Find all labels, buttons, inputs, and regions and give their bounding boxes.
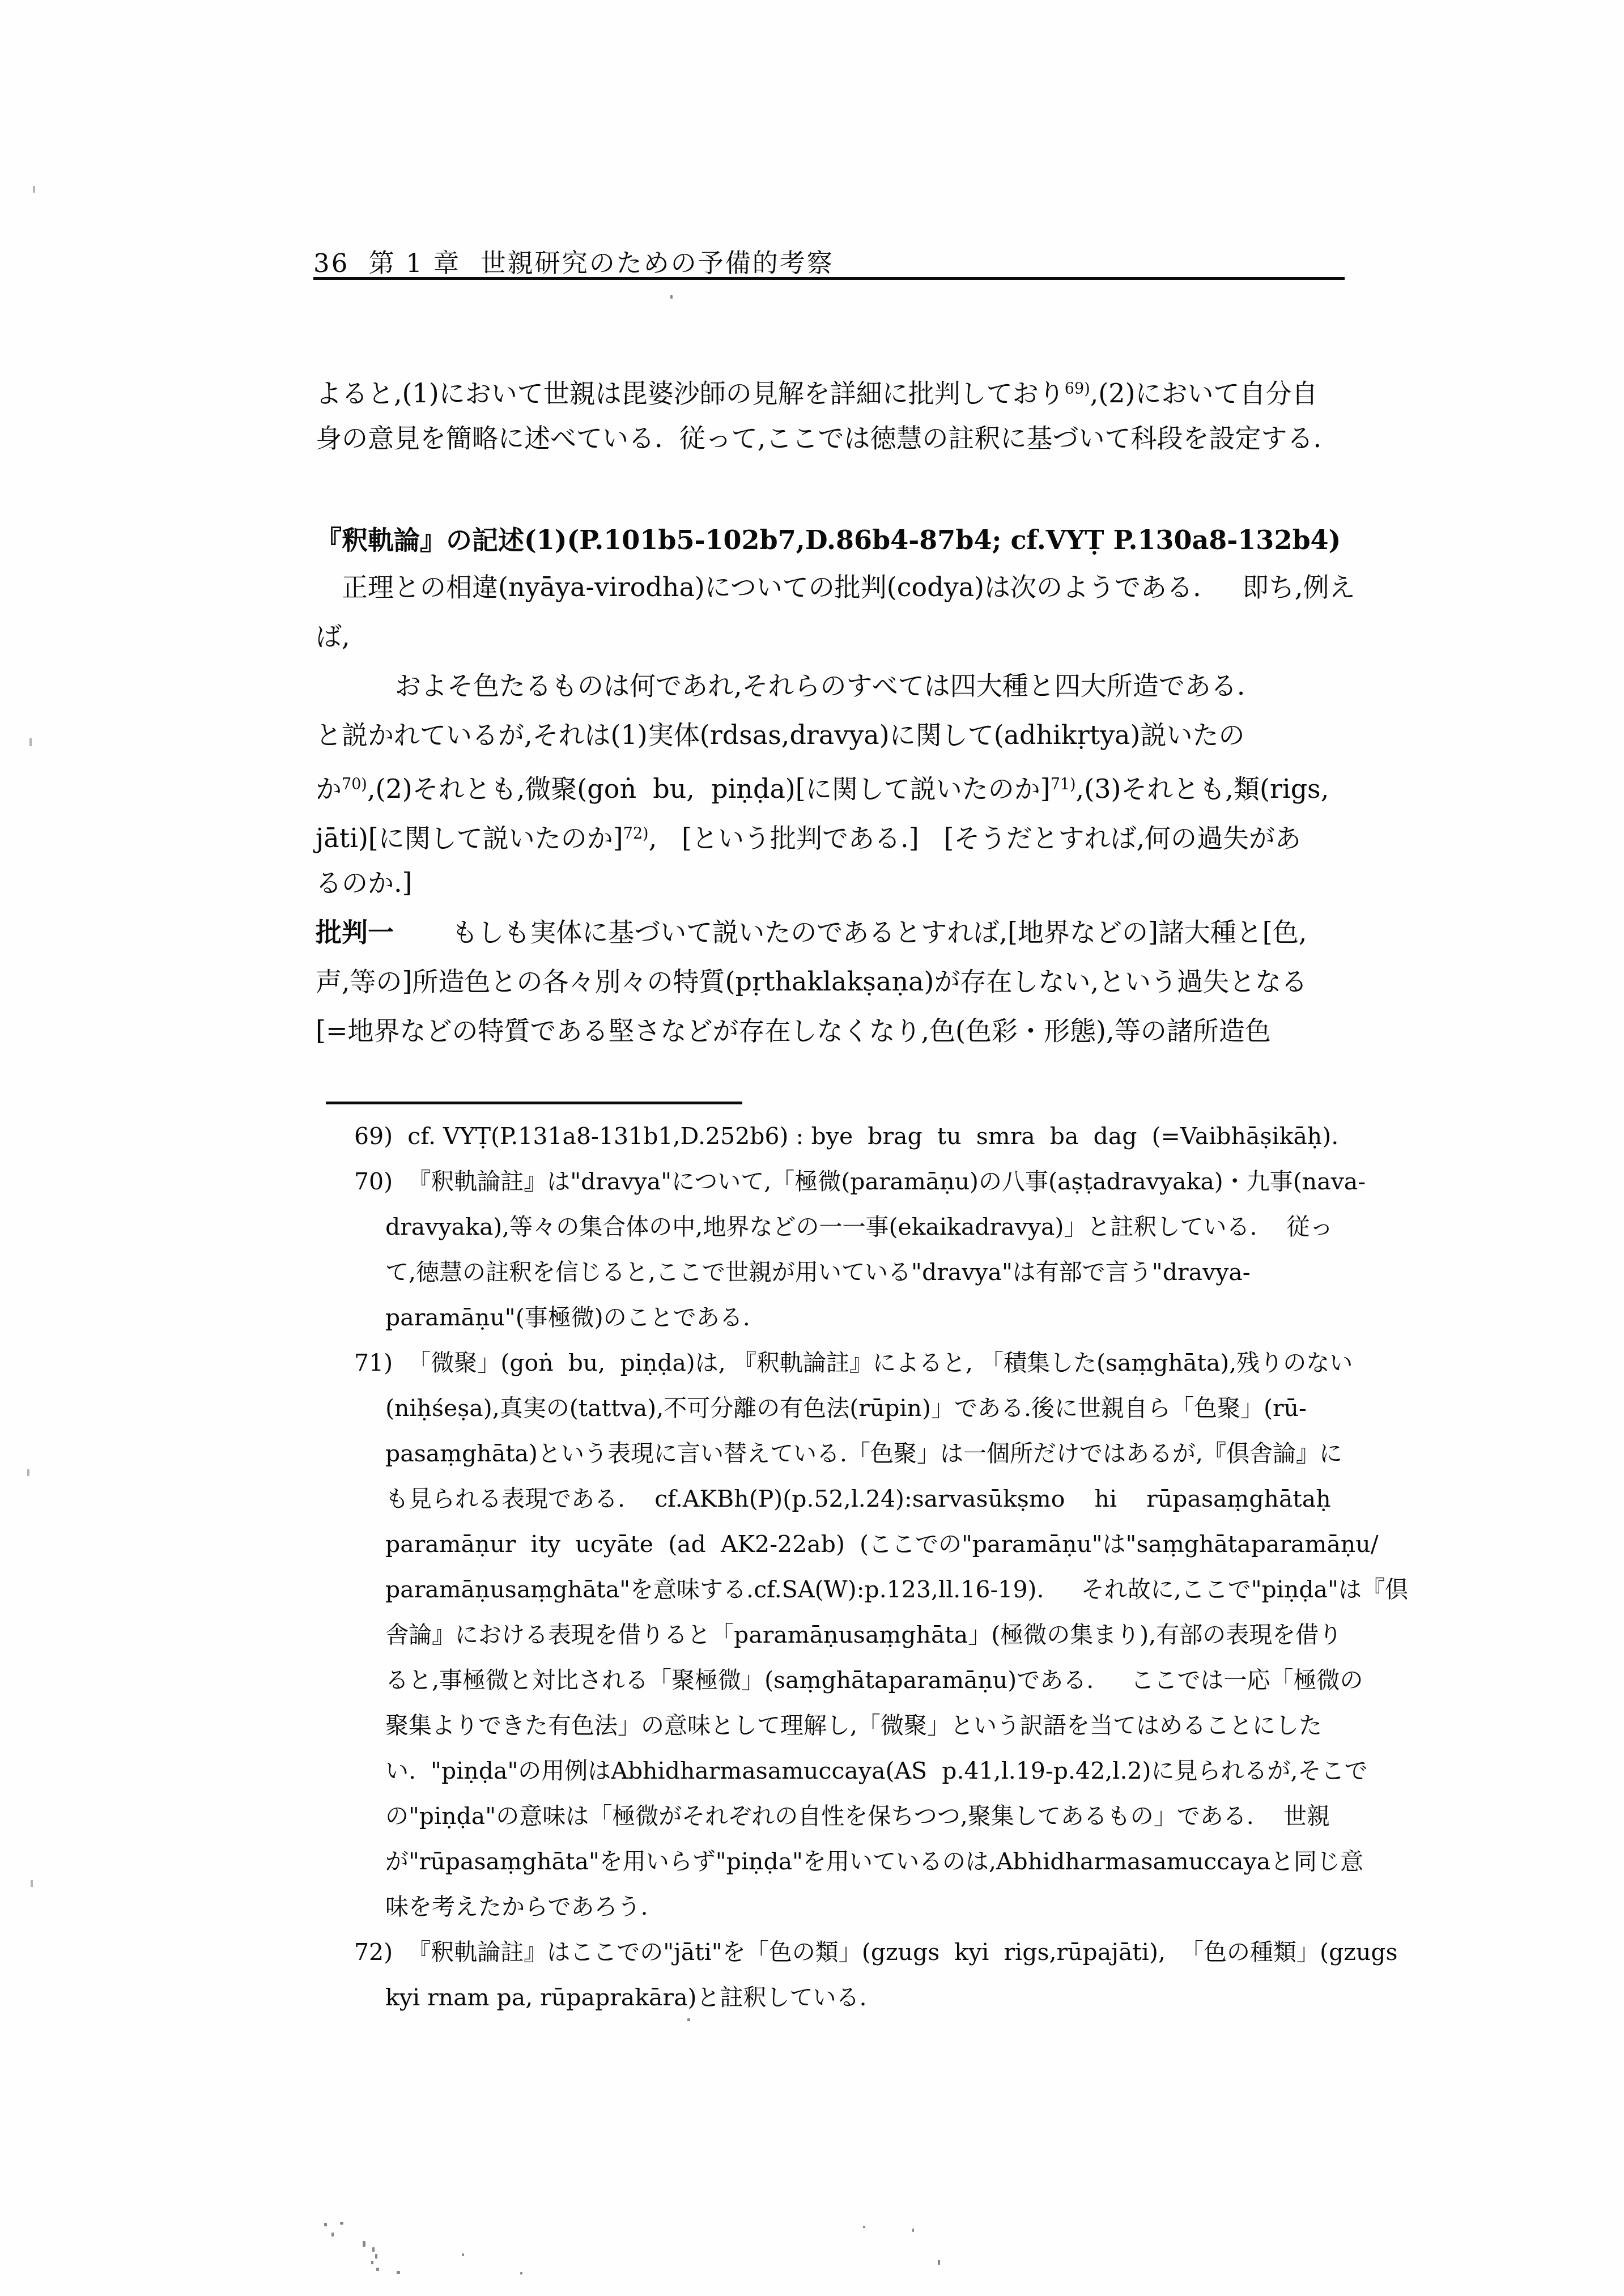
section-heading-line: 『釈軌論』の記述(1)(P.101b5-102b7,D.86b4-87b4; c… (316, 516, 1330, 565)
body-text: 正理との相違(nyāya-virodha)についての批判(codya)は次のよう… (316, 563, 1330, 1056)
text-line: 批判一 もしも実体に基づいて説いたのであるとすれば,[地界などの]諸大種と[色, (316, 908, 1330, 957)
noise-speck (372, 2247, 375, 2252)
footnote-line: 舎論』における表現を借りると「paramāṇusaṃghāta」(極微の集まり)… (385, 1612, 1326, 1657)
text-line: 正理との相違(nyāya-virodha)についての批判(codya)は次のよう… (316, 563, 1330, 612)
footnote-line-69: 69) cf. VYṬ(P.131a8-131b1,D.252b6) : bye… (385, 1113, 1326, 1159)
noise-speck (31, 1880, 33, 1887)
footnote-line-71: 71) 「微聚」(goṅ bu, piṇḍa)は, 『釈軌論註』によると, 「積… (385, 1340, 1326, 1385)
header-rule (313, 277, 1345, 280)
text-line: と説かれているが,それは(1)実体(rdsas,dravya)に関して(adhi… (316, 711, 1330, 760)
noise-speck (375, 2254, 377, 2259)
noise-speck (324, 2223, 327, 2226)
noise-speck (27, 1469, 29, 1476)
noise-speck (371, 2261, 373, 2264)
footnote-line: ると,事極微と対比される「聚極微」(saṃghātaparamāṇu)である. … (385, 1657, 1326, 1703)
footnote-line: pasaṃghāta)という表現に言い替えている.「色聚」は一個所だけではあるが… (385, 1431, 1326, 1476)
noise-speck (33, 186, 35, 193)
footnote-line: paramāṇu"(事極微)のことである. (385, 1295, 1326, 1340)
footnote-line: paramāṇusaṃghāta"を意味する.cf.SA(W):p.123,ll… (385, 1567, 1326, 1612)
text-line: るのか.] (316, 858, 1330, 908)
text-line: か70),(2)それとも,微聚(goṅ bu, piṇḍa)[に関して説いたのか… (316, 760, 1330, 809)
footnote-line: の"piṇḍa"の意味は「極微がそれぞれの自性を保ちつつ,聚集してあるもの」であ… (385, 1793, 1326, 1839)
footnote-line: も見られる表現である. cf.AKBh(P)(p.52,l.24):sarvas… (385, 1476, 1326, 1521)
footnote-line: paramāṇur ity ucyāte (ad AK2-22ab) (ここでの… (385, 1521, 1326, 1567)
footnote-line-70: 70) 『釈軌論註』は"dravya"について,「極微(paramāṇu)の八事… (385, 1159, 1326, 1204)
text-line: ば, (316, 612, 1330, 661)
footnotes: 69) cf. VYṬ(P.131a8-131b1,D.252b6) : bye… (385, 1113, 1326, 2020)
noise-speck (912, 2229, 914, 2232)
section-heading: 『釈軌論』の記述(1)(P.101b5-102b7,D.86b4-87b4; c… (316, 516, 1330, 565)
noise-speck (938, 2260, 940, 2265)
page-header: 36 第 1 章 世親研究のための予備的考察 (313, 243, 834, 279)
noise-speck (363, 2241, 365, 2247)
noise-speck (397, 2271, 400, 2274)
noise-speck (520, 2272, 522, 2274)
footnote-line: dravyaka),等々の集合体の中,地界などの一一事(ekaikadravya… (385, 1204, 1326, 1249)
footnote-line: 味を考えたからであろう. (385, 1884, 1326, 1929)
footnote-line: kyi rnam pa, rūpaprakāra)と註釈している. (385, 1975, 1326, 2020)
noise-speck (331, 2233, 334, 2237)
noise-speck (863, 2226, 865, 2228)
footnote-line: が"rūpasaṃghāta"を用いらず"piṇḍa"を用いているのは,Abhi… (385, 1839, 1326, 1884)
footnote-line: 聚集よりできた有色法」の意味として理解し,「微聚」という訳語を当てはめることにし… (385, 1703, 1326, 1748)
text-line: よると,(1)において世親は毘婆沙師の見解を詳細に批判しており69),(2)にお… (316, 364, 1330, 414)
text-line: [=地界などの特質である堅さなどが存在しなくなり,色(色彩・形態),等の諸所造色 (316, 1006, 1330, 1056)
noise-speck (670, 295, 673, 299)
footnote-separator (326, 1102, 742, 1104)
text-line: 身の意見を簡略に述べている. 従って,ここでは徳慧の註釈に基づいて科段を設定する… (316, 414, 1330, 463)
footnote-line: (niḥśeṣa),真実の(tattva),不可分離の有色法(rūpin)」であ… (385, 1385, 1326, 1431)
noise-speck (29, 738, 32, 746)
noise-speck (462, 2254, 464, 2256)
quoted-sutra-line: およそ色たるものは何であれ,それらのすべては四大種と四大所造である. (316, 661, 1330, 711)
footnote-line-72: 72) 『釈軌論註』はここでの"jāti"を「色の類」(gzugs kyi ri… (385, 1929, 1326, 1975)
noise-speck (687, 2018, 690, 2021)
noise-speck (340, 2222, 343, 2225)
footnote-line: て,徳慧の註釈を信じると,ここで世親が用いている"dravya"は有部で言う"d… (385, 1249, 1326, 1295)
text-line: 声,等の]所造色との各々別々の特質(pṛthaklakṣaṇa)が存在しない,と… (316, 957, 1330, 1006)
paragraph-1: よると,(1)において世親は毘婆沙師の見解を詳細に批判しており69),(2)にお… (316, 364, 1330, 463)
text-line: jāti)[に関して説いたのか]72), [という批判である.] [そうだとすれ… (316, 809, 1330, 858)
footnote-line: い. "piṇḍa"の用例はAbhidharmasamuccaya(AS p.4… (385, 1748, 1326, 1793)
noise-speck (376, 2268, 379, 2271)
scanned-page: 36 第 1 章 世親研究のための予備的考察 よると,(1)において世親は毘婆沙… (0, 0, 1624, 2296)
